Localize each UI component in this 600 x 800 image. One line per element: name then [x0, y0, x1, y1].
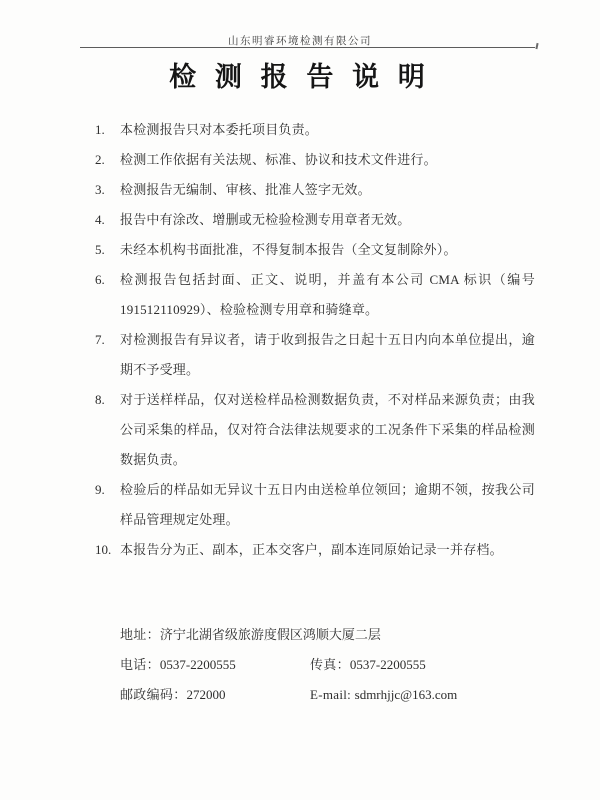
note-line: 报告中有涂改、增删或无检验检测专用章者无效。 — [120, 205, 535, 235]
page-title: 检 测 报 告 说 明 — [0, 55, 600, 94]
note-line: 本检测报告只对本委托项目负责。 — [120, 115, 535, 145]
note-number: 8. — [95, 385, 120, 415]
postal-email-row: 邮政编码：272000E-mail: sdmrhjjc@163.com — [120, 680, 545, 710]
note-text: 检测工作依据有关法规、标准、协议和技术文件进行。 — [120, 145, 535, 175]
note-line: 检测报告无编制、审核、批准人签字无效。 — [120, 175, 535, 205]
note-number: 2. — [95, 145, 120, 175]
phone-value: 0537-2200555 — [160, 657, 236, 672]
note-item: 3.检测报告无编制、审核、批准人签字无效。 — [95, 175, 535, 205]
note-number: 5. — [95, 235, 120, 265]
note-text: 本检测报告只对本委托项目负责。 — [120, 115, 535, 145]
note-item: 8.对于送样样品，仅对送检样品检测数据负责，不对样品来源负责；由我公司采集的样品… — [95, 385, 535, 475]
note-line: 对检测报告有异议者，请于收到报告之日起十五日内向本单位提出，逾 — [120, 325, 535, 355]
fax-value: 0537-2200555 — [350, 657, 426, 672]
address-row: 地址：济宁北湖省级旅游度假区鸿顺大厦二层 — [120, 620, 545, 650]
note-item: 4.报告中有涂改、增删或无检验检测专用章者无效。 — [95, 205, 535, 235]
note-line: 未经本机构书面批准，不得复制本报告（全文复制除外）。 — [120, 235, 535, 265]
header-divider — [80, 47, 535, 48]
note-item: 6.检测报告包括封面、正文、说明，并盖有本公司 CMA 标识（编号1915121… — [95, 265, 535, 325]
note-item: 1.本检测报告只对本委托项目负责。 — [95, 115, 535, 145]
note-text: 检测报告包括封面、正文、说明，并盖有本公司 CMA 标识（编号191512110… — [120, 265, 535, 325]
note-line: 样品管理规定处理。 — [120, 505, 535, 535]
note-text: 对于送样样品，仅对送检样品检测数据负责，不对样品来源负责；由我公司采集的样品，仅… — [120, 385, 535, 475]
note-text: 本报告分为正、副本，正本交客户，副本连同原始记录一并存档。 — [120, 535, 535, 565]
phone-cell: 电话：0537-2200555 — [120, 650, 310, 680]
note-item: 10.本报告分为正、副本，正本交客户，副本连同原始记录一并存档。 — [95, 535, 535, 565]
postal-cell: 邮政编码：272000 — [120, 680, 310, 710]
test-report-notes-page: 山东明睿环境检测有限公司 检 测 报 告 说 明 1.本检测报告只对本委托项目负… — [0, 0, 600, 800]
address-value: 济宁北湖省级旅游度假区鸿顺大厦二层 — [160, 627, 381, 642]
note-text: 检测报告无编制、审核、批准人签字无效。 — [120, 175, 535, 205]
postal-value: 272000 — [187, 687, 226, 702]
note-line: 期不予受理。 — [120, 355, 535, 385]
note-number: 4. — [95, 205, 120, 235]
note-line: 检测报告包括封面、正文、说明，并盖有本公司 CMA 标识（编号 — [120, 265, 535, 295]
note-item: 2.检测工作依据有关法规、标准、协议和技术文件进行。 — [95, 145, 535, 175]
email-label: E-mail: — [310, 687, 355, 702]
fax-label: 传真： — [310, 657, 350, 672]
notes-list: 1.本检测报告只对本委托项目负责。2.检测工作依据有关法规、标准、协议和技术文件… — [95, 115, 535, 565]
note-item: 7.对检测报告有异议者，请于收到报告之日起十五日内向本单位提出，逾期不予受理。 — [95, 325, 535, 385]
note-number: 7. — [95, 325, 120, 355]
fax-cell: 传真：0537-2200555 — [310, 650, 426, 680]
phone-label: 电话： — [120, 657, 160, 672]
phone-fax-row: 电话：0537-2200555传真：0537-2200555 — [120, 650, 545, 680]
email-value: sdmrhjjc@163.com — [355, 687, 458, 702]
postal-label: 邮政编码： — [120, 687, 187, 702]
note-item: 9.检验后的样品如无异议十五日内由送检单位领回；逾期不领，按我公司样品管理规定处… — [95, 475, 535, 535]
address-label: 地址： — [120, 627, 160, 642]
note-line: 对于送样样品，仅对送检样品检测数据负责，不对样品来源负责；由我 — [120, 385, 535, 415]
note-line: 191512110929）、检验检测专用章和骑缝章。 — [120, 295, 535, 325]
note-line: 检验后的样品如无异议十五日内由送检单位领回；逾期不领，按我公司 — [120, 475, 535, 505]
note-text: 检验后的样品如无异议十五日内由送检单位领回；逾期不领，按我公司样品管理规定处理。 — [120, 475, 535, 535]
scan-artifact-tick — [535, 43, 538, 49]
note-number: 3. — [95, 175, 120, 205]
contact-info: 地址：济宁北湖省级旅游度假区鸿顺大厦二层 电话：0537-2200555传真：0… — [120, 620, 545, 710]
note-item: 5.未经本机构书面批准，不得复制本报告（全文复制除外）。 — [95, 235, 535, 265]
note-line: 检测工作依据有关法规、标准、协议和技术文件进行。 — [120, 145, 535, 175]
note-text: 报告中有涂改、增删或无检验检测专用章者无效。 — [120, 205, 535, 235]
note-number: 9. — [95, 475, 120, 505]
company-name: 山东明睿环境检测有限公司 — [0, 33, 600, 48]
note-number: 10. — [95, 535, 120, 565]
note-text: 未经本机构书面批准，不得复制本报告（全文复制除外）。 — [120, 235, 535, 265]
email-cell: E-mail: sdmrhjjc@163.com — [310, 680, 457, 710]
note-line: 数据负责。 — [120, 445, 535, 475]
note-number: 1. — [95, 115, 120, 145]
note-number: 6. — [95, 265, 120, 295]
note-line: 公司采集的样品，仅对符合法律法规要求的工况条件下采集的样品检测 — [120, 415, 535, 445]
note-line: 本报告分为正、副本，正本交客户，副本连同原始记录一并存档。 — [120, 535, 535, 565]
note-text: 对检测报告有异议者，请于收到报告之日起十五日内向本单位提出，逾期不予受理。 — [120, 325, 535, 385]
